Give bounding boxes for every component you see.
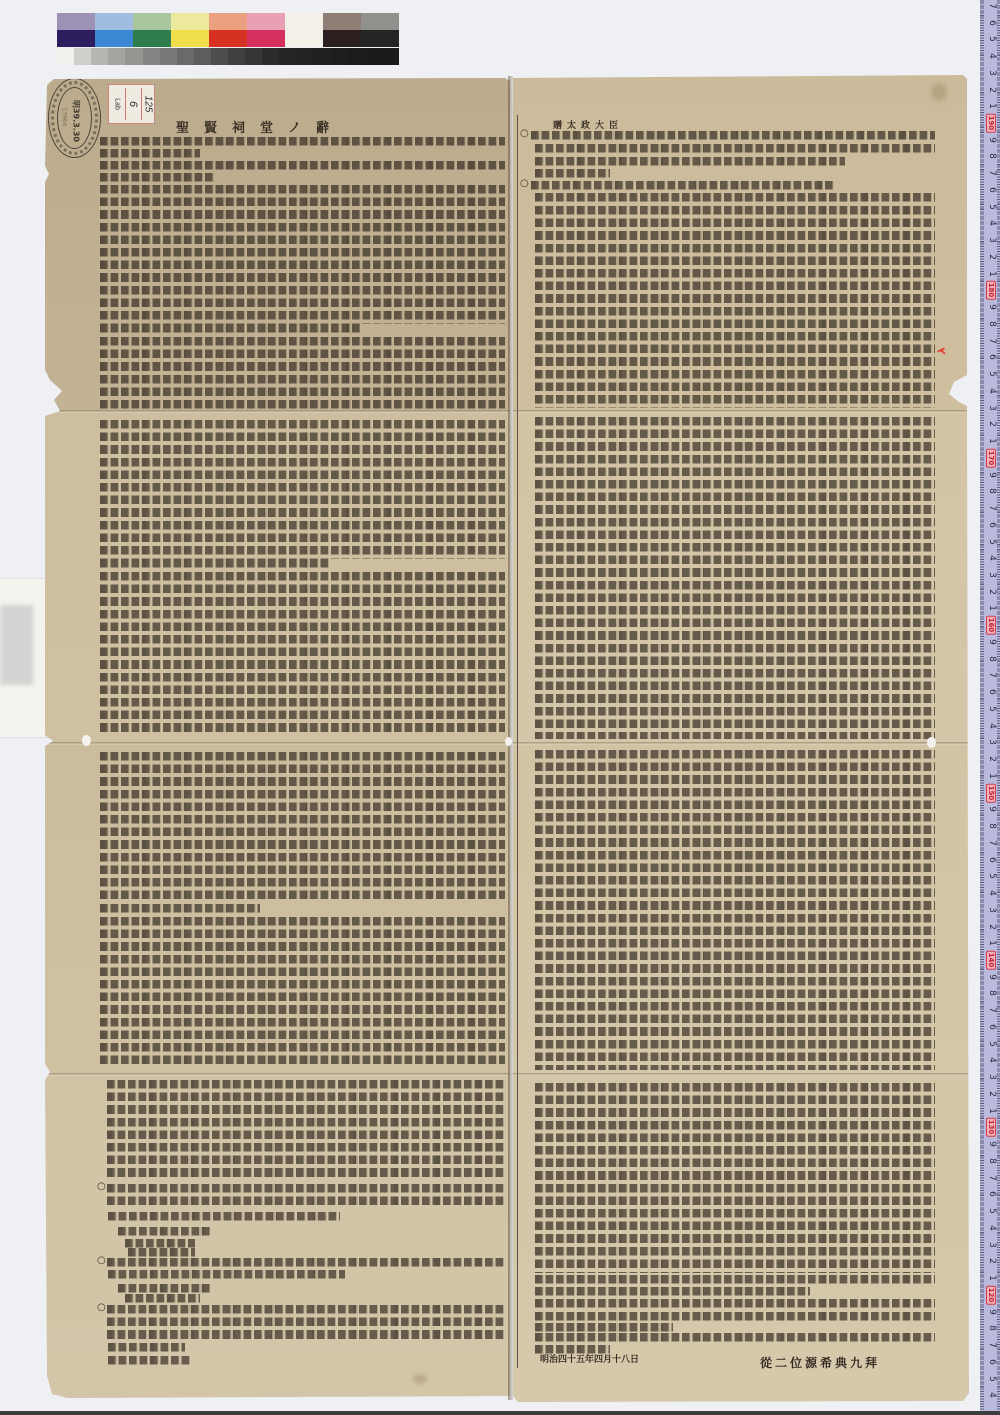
- gray-step: [143, 48, 161, 65]
- gray-step: [228, 48, 246, 65]
- ruler-digit: 9: [987, 1141, 997, 1147]
- ruler-digit: 9: [987, 472, 997, 478]
- text-line: [535, 1333, 935, 1342]
- author-signature: 從二位源希典九拜: [760, 1354, 880, 1371]
- ruler-digit: 6: [987, 1359, 997, 1365]
- ruler-digit: 9: [987, 974, 997, 980]
- ruler-digit: 9: [987, 806, 997, 812]
- text-block: [535, 1083, 935, 1273]
- list-marker: ○: [520, 179, 529, 189]
- ruler-digit: 2: [987, 254, 997, 260]
- library-stamp: 13966 明39.3.30: [48, 78, 101, 158]
- fold-crease: [513, 1073, 969, 1076]
- text-line: [531, 131, 935, 140]
- ruler-digit: 4: [987, 388, 997, 394]
- color-patch: [361, 13, 399, 30]
- ruler-digit: 8: [987, 488, 997, 494]
- ruler-digit: 5: [987, 1208, 997, 1214]
- text-line: [100, 137, 505, 146]
- paper-stain: [931, 83, 947, 101]
- text-block: [100, 752, 505, 903]
- gray-step: [382, 48, 400, 65]
- ruler-digit: 7: [987, 3, 997, 9]
- ruler-digit: 2: [987, 756, 997, 762]
- gray-reference-square: [0, 605, 33, 685]
- ruler-major-label: 130: [986, 1118, 996, 1137]
- ruler-digit: 4: [987, 1225, 997, 1231]
- label-cell-class: Lab: [114, 98, 121, 110]
- gray-step: [245, 48, 263, 65]
- gray-step: [296, 48, 314, 65]
- color-patch: [95, 30, 133, 47]
- color-patch: [209, 30, 247, 47]
- text-line: [535, 1323, 673, 1332]
- red-pencil-mark: [937, 347, 947, 355]
- text-line: [535, 157, 845, 166]
- ruler-digit: 8: [987, 656, 997, 662]
- color-patch: [323, 13, 361, 30]
- stamp-number: 13966: [61, 107, 68, 126]
- text-line: [118, 1227, 210, 1236]
- ruler-digit: 7: [987, 840, 997, 846]
- ruler-digit: 4: [987, 890, 997, 896]
- color-patch: [171, 13, 209, 30]
- ruler-digit: 5: [987, 371, 997, 377]
- ruler-digit: 5: [987, 873, 997, 879]
- ruler-digit: 3: [987, 237, 997, 243]
- text-line: [118, 1284, 210, 1293]
- text-line: [128, 1248, 195, 1257]
- ruler-digit: 2: [987, 87, 997, 93]
- ruler-digit: 9: [987, 137, 997, 143]
- ruler-digit: 4: [987, 723, 997, 729]
- ruler-digit: 8: [987, 991, 997, 997]
- text-line: [535, 1299, 935, 1308]
- text-line: [535, 1275, 935, 1284]
- ruler-digit: 6: [987, 1024, 997, 1030]
- text-line: [100, 149, 200, 158]
- color-checker: [57, 13, 399, 65]
- left-page: 13966 明39.3.30 Lab 6 125 聖賢祠堂ノ辭 ○ ○ ○: [45, 78, 510, 1398]
- ruler-digit: 5: [987, 36, 997, 42]
- text-line: [535, 169, 610, 178]
- text-block: [535, 750, 935, 1070]
- ruler-digit: 2: [987, 589, 997, 595]
- list-marker: ○: [520, 129, 529, 139]
- text-block: [100, 420, 505, 559]
- right-page: 贈太政大臣 ○ ○ 明治四十五年四月十八日 從二位源希典九拜: [513, 75, 969, 1402]
- ruler-digit: 6: [987, 689, 997, 695]
- gray-step: [74, 48, 92, 65]
- ruler-digit: 7: [987, 1007, 997, 1013]
- ruler-digit: 4: [987, 221, 997, 227]
- list-marker: ○: [97, 1182, 106, 1192]
- section-heading: 贈太政大臣: [553, 118, 623, 131]
- gray-step: [365, 48, 383, 65]
- color-patch: [57, 30, 95, 47]
- text-block: [535, 206, 935, 408]
- label-divider: [125, 88, 126, 120]
- text-block: [107, 1184, 505, 1206]
- text-block: [100, 337, 505, 409]
- color-patch: [95, 13, 133, 30]
- ruler-digit: 1: [987, 1275, 997, 1281]
- gray-step: [262, 48, 280, 65]
- color-patch: [133, 30, 171, 47]
- ruler-digit: 1: [987, 606, 997, 612]
- gray-step: [108, 48, 126, 65]
- ruler-digit: 4: [987, 53, 997, 59]
- ruler-digit: 1: [987, 103, 997, 109]
- ruler-digit: 4: [987, 555, 997, 561]
- text-block: [100, 572, 505, 736]
- ruler-major-label: 160: [986, 616, 996, 635]
- call-number-label: Lab 6 125: [108, 84, 155, 124]
- text-line: [100, 173, 215, 182]
- ruler-digit: 1: [987, 1108, 997, 1114]
- ruler-major-label: 180: [986, 281, 996, 300]
- gray-step: [331, 48, 349, 65]
- margin-rule: [517, 115, 518, 1368]
- ruler-digit: 7: [987, 338, 997, 344]
- text-line: [107, 1258, 505, 1267]
- ruler-digit: 3: [987, 907, 997, 913]
- fold-hole: [927, 737, 936, 748]
- stamp-date: 明39.3.30: [71, 100, 82, 142]
- text-line: [535, 1287, 810, 1296]
- gray-step: [314, 48, 332, 65]
- color-patch: [209, 13, 247, 30]
- document-date: 明治四十五年四月十八日: [540, 1352, 639, 1365]
- ruler-digit: 8: [987, 1325, 997, 1331]
- ruler-digit: 8: [987, 321, 997, 327]
- ruler-digit: 3: [987, 740, 997, 746]
- text-line: [125, 1239, 195, 1248]
- ruler-digit: 6: [987, 354, 997, 360]
- ruler-digit: 7: [987, 1175, 997, 1181]
- ruler-digit: 9: [987, 1309, 997, 1315]
- text-line: [100, 161, 505, 170]
- ruler-digit: 4: [987, 1058, 997, 1064]
- ruler-digit: 6: [987, 522, 997, 528]
- ruler-digit: 2: [987, 1258, 997, 1264]
- text-line: [100, 904, 260, 913]
- ruler-digit: 3: [987, 1242, 997, 1248]
- ruler-digit: 9: [987, 304, 997, 310]
- measuring-ruler: 7654321190987654321180987654321170987654…: [980, 0, 1000, 1415]
- ruler-digit: 5: [987, 539, 997, 545]
- ruler-major-label: 170: [986, 448, 996, 467]
- text-block: [100, 917, 505, 1068]
- ruler-digit: 2: [987, 924, 997, 930]
- ruler-digit: 5: [987, 1376, 997, 1382]
- text-line: [108, 1343, 185, 1352]
- text-line: [100, 324, 360, 333]
- color-patch: [323, 30, 361, 47]
- ruler-digit: 1: [987, 940, 997, 946]
- text-line: [108, 1270, 345, 1279]
- ruler-digit: 1: [987, 271, 997, 277]
- ruler-digit: 1: [987, 438, 997, 444]
- ruler-digit: 8: [987, 154, 997, 160]
- color-patch: [171, 30, 209, 47]
- ruler-digit: 6: [987, 187, 997, 193]
- gray-step: [279, 48, 297, 65]
- ruler-major-label: 140: [986, 951, 996, 970]
- ruler-digit: 5: [987, 1041, 997, 1047]
- ruler-digit: 4: [987, 1392, 997, 1398]
- fold-crease: [513, 742, 969, 745]
- text-line: [125, 1294, 200, 1303]
- text-line: [108, 1356, 190, 1365]
- fold-hole: [505, 737, 512, 746]
- text-block: [535, 417, 935, 739]
- list-marker: ○: [97, 1256, 106, 1266]
- list-marker: ○: [97, 1303, 106, 1313]
- gray-step: [348, 48, 366, 65]
- fold-hole: [82, 735, 91, 746]
- ruler-digit: 6: [987, 20, 997, 26]
- ruler-digit: 7: [987, 1342, 997, 1348]
- label-cell-number: 125: [143, 96, 154, 113]
- ruler-digit: 7: [987, 505, 997, 511]
- scanner-edge: [0, 1411, 1000, 1415]
- ruler-digit: 9: [987, 639, 997, 645]
- text-line: [535, 1312, 935, 1321]
- paper-stain: [413, 1374, 427, 1384]
- gray-step: [177, 48, 195, 65]
- text-block: [107, 1305, 505, 1339]
- ruler-digit: 2: [987, 421, 997, 427]
- text-line: [100, 559, 330, 568]
- gray-step: [125, 48, 143, 65]
- ruler-major-label: 190: [986, 114, 996, 133]
- ruler-digit: 3: [987, 1074, 997, 1080]
- text-line: [535, 193, 935, 202]
- color-patch: [361, 30, 399, 47]
- color-patch: [247, 13, 285, 30]
- ruler-major-label: 150: [986, 783, 996, 802]
- gray-step: [160, 48, 178, 65]
- ruler-digit: 8: [987, 1158, 997, 1164]
- gray-step: [211, 48, 229, 65]
- ruler-digit: 3: [987, 405, 997, 411]
- ruler-digit: 5: [987, 706, 997, 712]
- ruler-digit: 6: [987, 1191, 997, 1197]
- gray-step: [91, 48, 109, 65]
- label-cell-volume: 6: [127, 101, 139, 107]
- text-block: [100, 185, 505, 324]
- text-line: [108, 1212, 340, 1221]
- ruler-digit: 5: [987, 204, 997, 210]
- ruler-digit: 3: [987, 572, 997, 578]
- fold-crease: [513, 410, 969, 413]
- ruler-digit: 3: [987, 70, 997, 76]
- ruler-digit: 7: [987, 170, 997, 176]
- ruler-digit: 6: [987, 857, 997, 863]
- ruler-digit: 7: [987, 673, 997, 679]
- gray-step: [194, 48, 212, 65]
- gray-step: [57, 48, 75, 65]
- ruler-digit: 8: [987, 823, 997, 829]
- color-patch: [57, 13, 95, 30]
- text-line: [531, 181, 835, 190]
- text-line: [535, 144, 935, 153]
- text-block: [107, 1080, 505, 1181]
- color-patch: [133, 13, 171, 30]
- fold-crease: [45, 410, 510, 413]
- ruler-digit: 1: [987, 773, 997, 779]
- ruler-digit: 2: [987, 1091, 997, 1097]
- color-patch: [285, 13, 323, 47]
- fold-crease: [45, 1073, 510, 1076]
- color-patch: [247, 30, 285, 47]
- ruler-major-label: 120: [986, 1285, 996, 1304]
- ruler-ticks: [980, 0, 984, 1415]
- fold-crease: [45, 742, 510, 745]
- document-title: 聖賢祠堂ノ辭: [176, 117, 344, 136]
